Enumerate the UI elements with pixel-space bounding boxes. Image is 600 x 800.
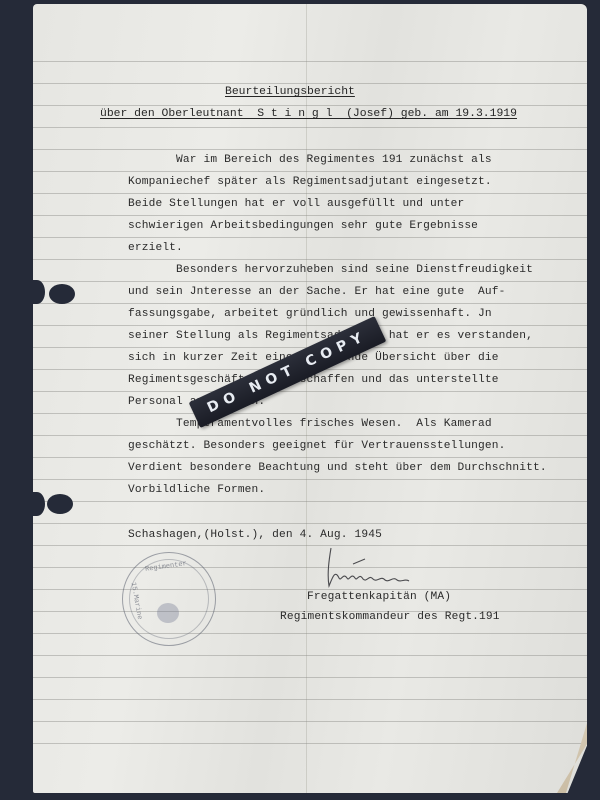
- ruled-line: [33, 83, 587, 84]
- text-line: Vorbildliche Formen.: [128, 484, 265, 496]
- text-line: Beide Stellungen hat er voll ausgefüllt …: [128, 198, 464, 210]
- text-line: geschätzt. Besonders geeignet für Vertra…: [128, 440, 506, 452]
- ruled-line: [33, 545, 587, 546]
- ruled-line: [33, 655, 587, 656]
- ruled-line: [33, 105, 587, 106]
- ruled-line: [33, 457, 587, 458]
- signatory-position: Regimentskommandeur des Regt.191: [280, 611, 500, 623]
- text-line: Temperamentvolles frisches Wesen. Als Ka…: [128, 418, 492, 430]
- ruled-line: [33, 501, 587, 502]
- ruled-line: [33, 259, 587, 260]
- document-page: Beurteilungsbericht über den Oberleutnan…: [33, 4, 587, 793]
- ruled-line: [33, 479, 587, 480]
- text-line: War im Bereich des Regimentes 191 zunäch…: [128, 154, 492, 166]
- text-line: und sein Jnteresse an der Sache. Er hat …: [128, 286, 506, 298]
- ruled-line: [33, 303, 587, 304]
- ruled-line: [33, 61, 587, 62]
- text-line: schwierigen Arbeitsbedingungen sehr gute…: [128, 220, 478, 232]
- text-line: erzielt.: [128, 242, 183, 254]
- ruled-line: [33, 391, 587, 392]
- handwritten-signature: [323, 542, 443, 592]
- ruled-line: [33, 149, 587, 150]
- ruled-line: [33, 171, 587, 172]
- ruled-line: [33, 413, 587, 414]
- ruled-line: [33, 435, 587, 436]
- document-subheading: über den Oberleutnant S t i n g l (Josef…: [100, 108, 517, 120]
- text-line: Besonders hervorzuheben sind seine Diens…: [128, 264, 533, 276]
- ruled-line: [33, 215, 587, 216]
- ruled-line: [33, 589, 587, 590]
- ruled-line: [33, 677, 587, 678]
- ruled-line: [33, 127, 587, 128]
- torn-edge: [29, 492, 45, 516]
- ruled-line: [33, 721, 587, 722]
- ruled-line: [33, 281, 587, 282]
- ruled-line: [33, 193, 587, 194]
- signatory-rank: Fregattenkapitän (MA): [307, 591, 451, 603]
- ruled-line: [33, 325, 587, 326]
- punch-hole: [49, 284, 75, 304]
- stamp-emblem-icon: [157, 603, 179, 623]
- ruled-line: [33, 237, 587, 238]
- punch-hole: [47, 494, 73, 514]
- text-line: Kompaniechef später als Regimentsadjutan…: [128, 176, 492, 188]
- official-stamp: Regimenter 15.Marine: [122, 552, 216, 646]
- curled-corner: [557, 723, 587, 793]
- torn-edge: [29, 280, 45, 304]
- ruled-line: [33, 743, 587, 744]
- text-line: Regimentsgeschäfte zu verschaffen und da…: [128, 374, 499, 386]
- place-date: Schashagen,(Holst.), den 4. Aug. 1945: [128, 529, 382, 541]
- stamp-inner-ring: [129, 559, 209, 639]
- document-heading: Beurteilungsbericht: [225, 86, 355, 98]
- ruled-line: [33, 567, 587, 568]
- text-line: Verdient besondere Beachtung und steht ü…: [128, 462, 547, 474]
- ruled-line: [33, 523, 587, 524]
- fold-crease: [306, 4, 307, 793]
- ruled-line: [33, 633, 587, 634]
- text-line: fassungsgabe, arbeitet gründlich und gew…: [128, 308, 492, 320]
- ruled-line: [33, 699, 587, 700]
